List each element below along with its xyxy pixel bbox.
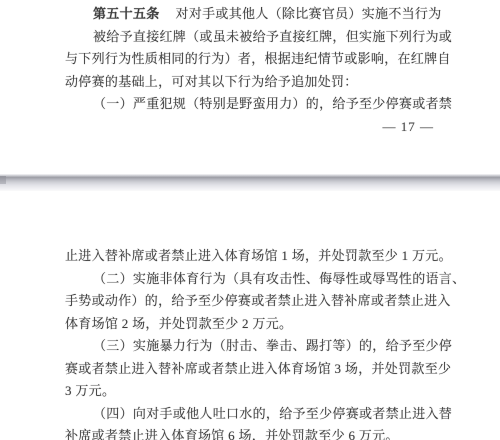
page-break-divider bbox=[0, 174, 500, 191]
body-line: 手势或动作）的，给予至少停赛或者禁止进入替补席或者禁止进入 bbox=[65, 290, 439, 313]
divider-left-cap bbox=[0, 176, 6, 184]
page-bottom: 止进入替补席或者禁止进入体育场馆 1 场，并处罚款至少 1 万元。 （二）实施非… bbox=[65, 245, 439, 440]
document-viewer: 第五十五条对对手或其他人（除比赛官员）实施不当行为 被给予直接红牌（或虽未被给予… bbox=[0, 0, 500, 440]
body-line: 体育场馆 2 场，并处罚款至少 2 万元。 bbox=[65, 313, 439, 336]
body-line: 赛或者禁止进入替补席或者禁止进入体育场馆 3 场，并处罚款至少 bbox=[65, 358, 439, 381]
body-line: 被给予直接红牌（或虽未被给予直接红牌，但实施下列行为或 bbox=[65, 26, 439, 49]
body-line: 与下列行为性质相同的行为）者，根据违纪情节或影响，在红牌自 bbox=[65, 48, 439, 71]
body-line-item-3: （三）实施暴力行为（肘击、拳击、踢打等）的，给予至少停 bbox=[65, 335, 439, 358]
article-heading-line: 第五十五条对对手或其他人（除比赛官员）实施不当行为 bbox=[65, 3, 439, 26]
page-top: 第五十五条对对手或其他人（除比赛官员）实施不当行为 被给予直接红牌（或虽未被给予… bbox=[65, 3, 439, 138]
article-number: 第五十五条 bbox=[93, 6, 160, 21]
article-intro-text: 对对手或其他人（除比赛官员）实施不当行为 bbox=[176, 6, 442, 21]
body-line: 动停赛的基础上，可对其以下行为给予追加处罚： bbox=[65, 71, 439, 94]
body-line: 止进入替补席或者禁止进入体育场馆 1 场，并处罚款至少 1 万元。 bbox=[65, 245, 439, 268]
body-line: 补席或者禁止进入体育场馆 6 场，并处罚款至少 6 万元。 bbox=[65, 425, 439, 440]
page-number: — 17 — bbox=[65, 116, 439, 139]
body-line: 3 万元。 bbox=[65, 380, 439, 403]
body-line-item-1: （一）严重犯规（特别是野蛮用力）的，给予至少停赛或者禁 bbox=[65, 93, 439, 116]
body-line-item-2: （二）实施非体育行为（具有攻击性、侮辱性或辱骂性的语言、 bbox=[65, 268, 439, 291]
body-line-item-4: （四）向对手或他人吐口水的，给予至少停赛或者禁止进入替 bbox=[65, 403, 439, 426]
